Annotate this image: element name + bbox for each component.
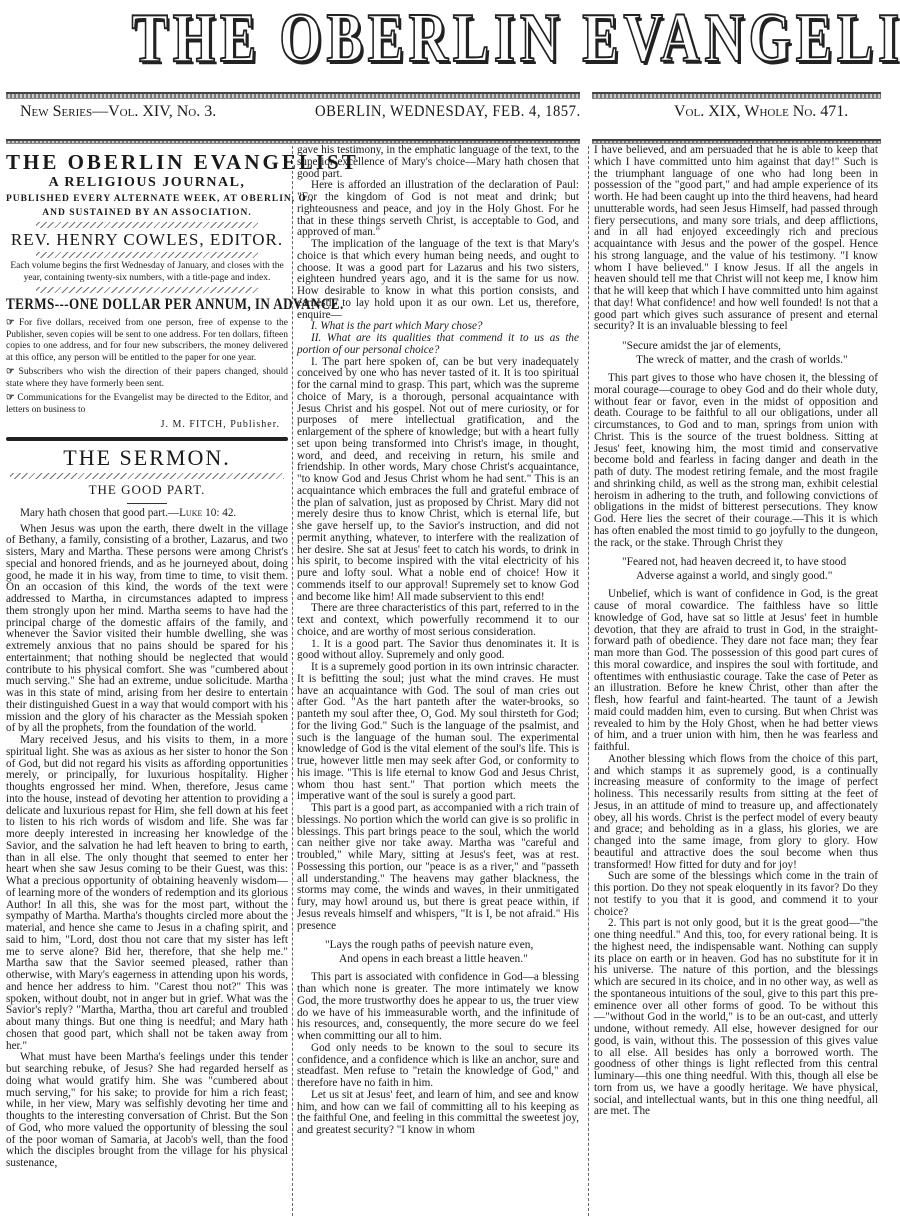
paragraph: 2. This part is not only good, but it is… (594, 918, 878, 1118)
wavy-divider (36, 252, 258, 258)
paragraph: God only needs to be known to the soul t… (297, 1043, 579, 1090)
info-sustained: AND SUSTAINED BY AN ASSOCIATION. (6, 206, 288, 220)
info-title: THE OBERLIN EVANGELIST (6, 150, 288, 174)
paragraph: I have believed, and am persuaded that h… (594, 145, 878, 333)
newspaper-title: THE OBERLIN EVANGELIST. (132, 0, 900, 78)
short-rule (127, 503, 167, 504)
column-divider-2 (588, 146, 589, 1216)
paragraph: When Jesus was upon the earth, there dwe… (6, 524, 288, 736)
paragraph: This part is associated with confidence … (297, 972, 579, 1043)
notice-rates: ☞ For five dollars, received from one pe… (6, 318, 288, 364)
paragraph: This part gives to those who have chosen… (594, 373, 878, 549)
notice-communications: ☞ Communications for the Evangelist may … (6, 393, 288, 416)
verse-quote: "Lays the rough paths of peevish nature … (325, 938, 579, 966)
wavy-divider (10, 473, 284, 479)
question-two: II. What are its qualities that commend … (297, 333, 579, 357)
paragraph: I. The part here spoken of, can be but v… (297, 357, 579, 604)
paragraph: Let us sit at Jesus' feet, and learn of … (297, 1090, 579, 1137)
paragraph: Unbelief, which is want of confidence in… (594, 589, 878, 754)
column-3: I have believed, and am persuaded that h… (594, 145, 878, 1118)
pointing-hand-icon: ☞ (6, 318, 15, 328)
verse-quote: "Secure amidst the jar of elements,The w… (622, 339, 878, 367)
column-2: gave his testimony, in the emphatic lang… (297, 145, 579, 1137)
paragraph: What must have been Martha's feelings un… (6, 1052, 288, 1170)
volume-number: Vol. XIX, Whole No. 471. (674, 103, 848, 121)
paragraph: 1. It is a good part. The Savior thus de… (297, 639, 579, 663)
paragraph: Another blessing which flows from the ch… (594, 754, 878, 872)
pointing-hand-icon: ☞ (6, 393, 15, 403)
editor-name: REV. HENRY COWLES, EDITOR. (6, 230, 288, 250)
subscription-terms: TERMS---ONE DOLLAR PER ANNUM, IN ADVANCE… (6, 295, 237, 315)
masthead-rule-right (592, 92, 881, 99)
place-and-date: OBERLIN, WEDNESDAY, FEB. 4, 1857. (315, 103, 581, 121)
paragraph: The implication of the language of the t… (297, 239, 579, 321)
volume-note: Each volume begins the first Wednesday o… (6, 261, 288, 284)
paragraph: Here is afforded an illustration of the … (297, 180, 579, 239)
wavy-divider (36, 287, 258, 293)
paragraph: gave his testimony, in the emphatic lang… (297, 145, 579, 180)
masthead-rule-left (6, 92, 580, 99)
column-1: THE OBERLIN EVANGELIST A RELIGIOUS JOURN… (6, 145, 288, 1170)
section-rule (6, 437, 288, 441)
masthead: THE OBERLIN EVANGELIST. (0, 0, 900, 78)
sermon-title: THE GOOD PART. (6, 481, 288, 499)
paragraph: Mary received Jesus, and his visits to t… (6, 735, 288, 1052)
scripture-text: Mary hath chosen that good part.—Luke 10… (6, 508, 288, 520)
publisher-name: J. M. FITCH, Publisher. (6, 419, 288, 431)
paragraph: It is a supremely good portion in its ow… (297, 662, 579, 803)
section-heading: THE SERMON. (6, 445, 288, 471)
info-published: PUBLISHED EVERY ALTERNATE WEEK, AT OBERL… (6, 192, 288, 206)
wavy-divider (36, 222, 258, 228)
dateline: New Series—Vol. XIV, No. 3. OBERLIN, WED… (0, 103, 900, 127)
info-subtitle: A RELIGIOUS JOURNAL, (6, 174, 288, 192)
series-volume: New Series—Vol. XIV, No. 3. (20, 103, 216, 121)
notice-address-change: ☞ Subscribers who wish the direction of … (6, 367, 288, 390)
publication-info-box: THE OBERLIN EVANGELIST A RELIGIOUS JOURN… (6, 150, 288, 431)
paragraph: This part is a good part, as accompanied… (297, 803, 579, 932)
verse-quote: "Feared not, had heaven decreed it, to h… (622, 555, 878, 583)
paragraph: Such are some of the blessings which com… (594, 871, 878, 918)
paragraph: There are three characteristics of this … (297, 603, 579, 638)
pointing-hand-icon: ☞ (6, 367, 15, 377)
